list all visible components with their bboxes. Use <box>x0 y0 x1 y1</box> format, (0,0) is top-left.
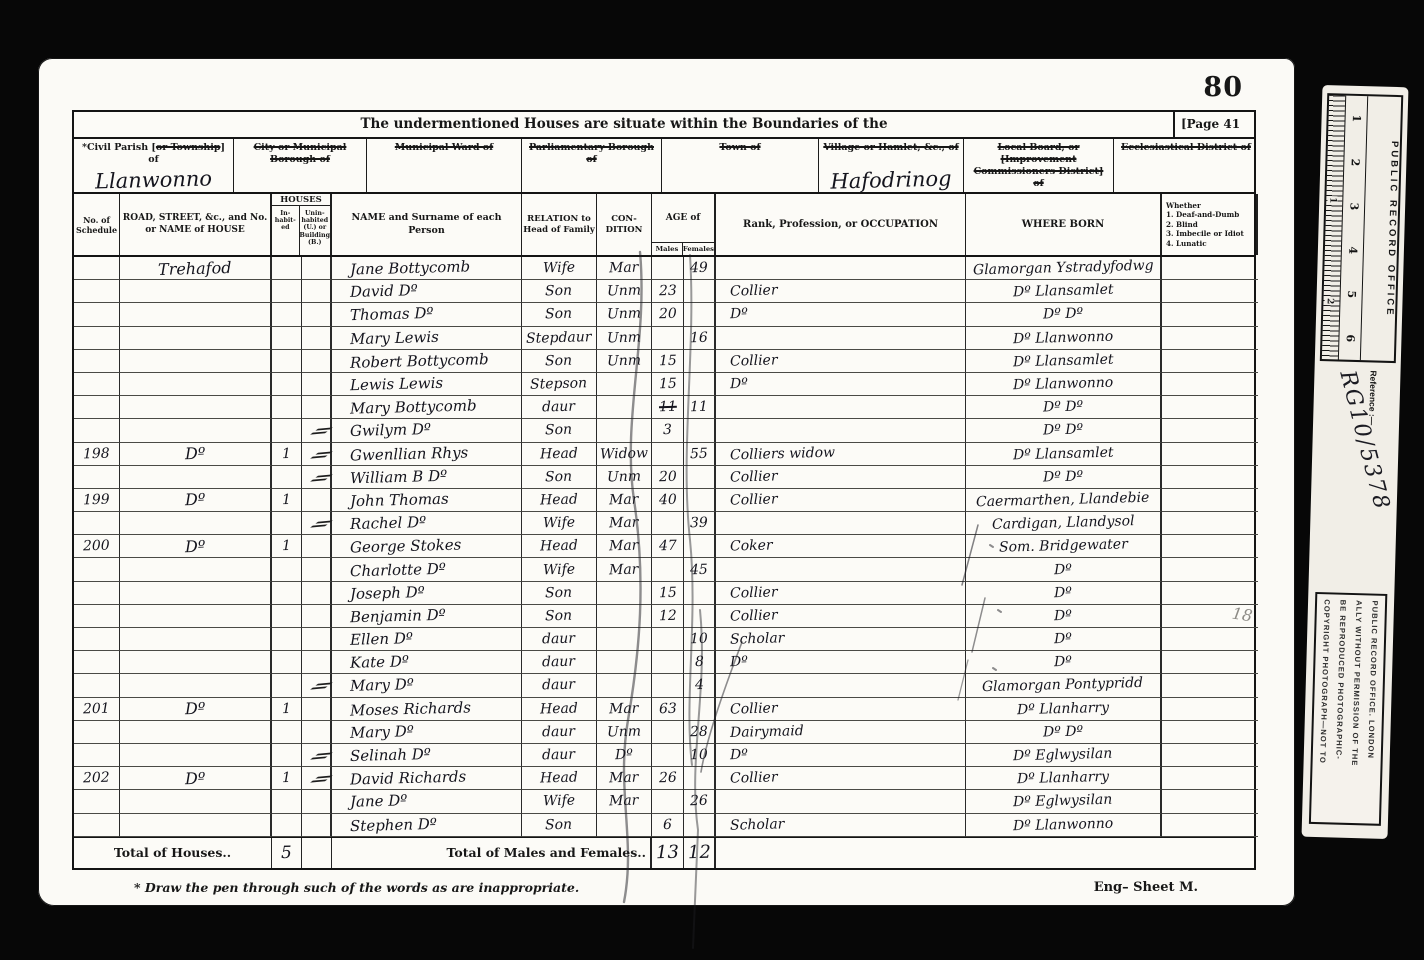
age-female-cell <box>684 605 716 628</box>
schedule-cell-text: 198 <box>83 445 110 462</box>
occupation-cell: Dº <box>716 373 966 396</box>
road-cell <box>120 605 272 628</box>
name-text: Mary Bottycomb <box>350 397 477 418</box>
age-male-cell <box>652 790 684 813</box>
name-cell: Ellen Dº <box>332 628 522 651</box>
disability-cell <box>1162 512 1258 535</box>
relation-cell-text: Wife <box>543 515 576 532</box>
inhabited-cell <box>272 744 302 767</box>
col-occupation: Rank, Profession, or OCCUPATION <box>716 194 966 255</box>
schedule-cell: 199 <box>74 489 120 512</box>
occupation-cell-text: Collier <box>730 700 778 717</box>
copyright-line: PUBLIC RECORD OFFICE. LONDON <box>1365 600 1380 818</box>
birthplace-cell-text: Dº Llanwonno <box>1013 375 1114 394</box>
totals-rest <box>716 838 1258 868</box>
occupation-cell-text: Dairymaid <box>730 723 804 741</box>
condition-cell-text: Mar <box>609 793 639 810</box>
schedule-cell <box>74 257 120 280</box>
relation-cell-text: Son <box>545 608 572 625</box>
road-cell: Dº <box>120 443 272 466</box>
name-cell: Selinah Dº <box>332 744 522 767</box>
condition-cell: Mar <box>597 257 652 280</box>
name-text: Joseph Dº <box>350 583 425 603</box>
birthplace-cell: Dº Llanwonno <box>966 814 1162 837</box>
schedule-cell <box>74 280 120 303</box>
inhabited-cell-text: 1 <box>282 770 291 786</box>
disability-cell <box>1162 280 1258 303</box>
male-age-text: 26 <box>658 770 676 786</box>
name-text: Benjamin Dº <box>350 606 446 626</box>
occupation-cell <box>716 674 966 697</box>
disability-cell <box>1162 698 1258 721</box>
condition-cell-text: Unm <box>607 306 642 323</box>
road-cell <box>120 582 272 605</box>
uninhabited-cell <box>302 651 332 674</box>
col-females: Females <box>683 243 714 255</box>
district-label: *Civil Parish [or Township] of <box>78 142 229 166</box>
name-text: Ellen Dº <box>350 629 413 649</box>
occupation-cell: Collier <box>716 466 966 489</box>
relation-cell: Head <box>522 443 597 466</box>
relation-cell: Son <box>522 280 597 303</box>
age-male-cell <box>652 674 684 697</box>
uninhabited-cell <box>302 396 332 419</box>
inhabited-cell <box>272 280 302 303</box>
schedule-cell <box>74 721 120 744</box>
name-cell: David Dº <box>332 280 522 303</box>
occupation-cell: Coker <box>716 535 966 558</box>
occupation-cell-text: Collier <box>730 491 778 508</box>
name-cell: Jane Dº <box>332 790 522 813</box>
uninhabited-cell <box>302 605 332 628</box>
birthplace-cell: Dº Dº <box>966 396 1162 419</box>
condition-cell-text: Unm <box>607 329 642 346</box>
road-cell <box>120 350 272 373</box>
occupation-cell <box>716 512 966 535</box>
relation-cell-text: Head <box>540 491 578 508</box>
birthplace-cell-text: Dº Dº <box>1043 468 1083 485</box>
schedule-cell <box>74 396 120 419</box>
inhabited-cell: 1 <box>272 767 302 790</box>
disability-cell <box>1162 419 1258 442</box>
schedule-cell: 201 <box>74 698 120 721</box>
disability-cell <box>1162 327 1258 350</box>
total-males-value: 13 <box>652 838 684 868</box>
condition-cell: Mar <box>597 535 652 558</box>
reference-area: Reference :— RG10/5378 <box>1309 361 1401 588</box>
name-text: Robert Bottycomb <box>350 350 489 372</box>
inhabited-cell <box>272 396 302 419</box>
inhabited-cell <box>272 466 302 489</box>
road-cell <box>120 790 272 813</box>
relation-cell-text: Stepdaur <box>526 329 592 347</box>
disability-cell <box>1162 582 1258 605</box>
occupation-cell: Collier <box>716 698 966 721</box>
relation-cell: Wife <box>522 558 597 581</box>
footnote: * Draw the pen through such of the words… <box>72 880 579 895</box>
inhabited-cell-text: 1 <box>282 538 291 554</box>
birthplace-cell: Dº Eglwysilan <box>966 790 1162 813</box>
name-text: Jane Bottycomb <box>350 258 471 279</box>
name-cell: Mary Lewis <box>332 327 522 350</box>
name-text: Rachel Dº <box>350 513 427 533</box>
relation-cell: daur <box>522 674 597 697</box>
birthplace-cell: Dº <box>966 582 1162 605</box>
relation-cell-text: Head <box>540 700 578 717</box>
road-cell <box>120 327 272 350</box>
inhabited-cell: 1 <box>272 443 302 466</box>
relation-cell: Head <box>522 489 597 512</box>
birthplace-cell: Dº <box>966 558 1162 581</box>
birthplace-cell: Dº Dº <box>966 419 1162 442</box>
age-female-cell-text: 39 <box>690 515 708 531</box>
name-cell: Lewis Lewis <box>332 373 522 396</box>
condition-cell: Dº <box>597 744 652 767</box>
condition-cell-text: Mar <box>609 492 639 509</box>
occupation-cell <box>716 257 966 280</box>
age-male-cell: 12 <box>652 605 684 628</box>
occupation-cell <box>716 790 966 813</box>
male-age-text: 12 <box>658 608 676 624</box>
district-cell-4: Town of <box>662 139 819 192</box>
uninhabited-cell <box>302 698 332 721</box>
age-male-cell: 26 <box>652 767 684 790</box>
name-cell: Robert Bottycomb <box>332 350 522 373</box>
name-text: Mary Lewis <box>350 327 439 347</box>
male-age-text: 40 <box>658 492 676 508</box>
age-male-cell: 23 <box>652 280 684 303</box>
copyright-stamp: COPYRIGHT PHOTOGRAPH—NOT TOBE REPRODUCED… <box>1309 592 1387 826</box>
age-male-cell <box>652 257 684 280</box>
condition-cell-text: Mar <box>609 515 639 532</box>
disability-cell <box>1162 790 1258 813</box>
schedule-cell <box>74 814 120 837</box>
occupation-cell-text: Dº <box>730 306 748 322</box>
occupation-cell: Collier <box>716 350 966 373</box>
uninhabited-cell <box>302 582 332 605</box>
age-male-cell <box>652 443 684 466</box>
name-cell: Mary Dº <box>332 674 522 697</box>
disability-cell <box>1162 674 1258 697</box>
name-text: William B Dº <box>350 467 448 488</box>
col-road: ROAD, STREET, &c., and No. or NAME of HO… <box>120 194 272 255</box>
birthplace-cell: Caermarthen, Llandebie <box>966 489 1162 512</box>
inhabited-cell: 1 <box>272 489 302 512</box>
condition-cell-text: Unm <box>607 283 642 300</box>
schedule-cell <box>74 373 120 396</box>
birthplace-cell: Glamorgan Pontypridd <box>966 674 1162 697</box>
schedule-cell <box>74 582 120 605</box>
age-female-cell <box>684 535 716 558</box>
disability-cell <box>1162 767 1258 790</box>
age-male-cell <box>652 558 684 581</box>
col-condition: CON-DITION <box>597 194 652 255</box>
birthplace-cell-text: Dº Dº <box>1043 306 1083 323</box>
inhabited-cell-text: 1 <box>282 701 291 717</box>
male-age-text: 11 <box>658 399 676 415</box>
relation-cell-text: Son <box>545 422 572 439</box>
occupation-cell: Scholar <box>716 814 966 837</box>
birthplace-cell: Som. Bridgewater <box>966 535 1162 558</box>
age-female-cell-text: 10 <box>690 631 708 647</box>
uninhabited-cell <box>302 489 332 512</box>
name-cell: John Thomas <box>332 489 522 512</box>
name-text: David Dº <box>350 281 418 301</box>
birthplace-cell-text: Dº Dº <box>1043 399 1083 416</box>
road-cell-text: Dº <box>185 768 206 788</box>
disability-cell <box>1162 628 1258 651</box>
name-text: David Richards <box>350 768 467 789</box>
birthplace-cell: Dº Dº <box>966 303 1162 326</box>
condition-cell: Unm <box>597 327 652 350</box>
age-female-cell-text: 4 <box>694 677 703 693</box>
road-cell <box>120 512 272 535</box>
age-female-cell: 4 <box>684 674 716 697</box>
relation-cell: Son <box>522 303 597 326</box>
birthplace-cell-text: Cardigan, Llandysol <box>992 513 1135 533</box>
district-label-part: *Civil Parish [ <box>82 142 156 153</box>
ruler-number: 2 <box>1348 158 1361 166</box>
col-relation: RELATION to Head of Family <box>522 194 597 255</box>
road-cell: Dº <box>120 767 272 790</box>
age-male-cell: 6 <box>652 814 684 837</box>
age-female-cell-text: 10 <box>690 747 708 763</box>
birthplace-cell: Dº Llansamlet <box>966 443 1162 466</box>
road-cell-text: Dº <box>185 537 206 557</box>
age-male-cell: 20 <box>652 303 684 326</box>
age-male-cell: 63 <box>652 698 684 721</box>
relation-cell: Head <box>522 767 597 790</box>
occupation-cell-text: Dº <box>730 654 748 670</box>
footer-line: * Draw the pen through such of the words… <box>72 880 1256 895</box>
birthplace-cell-text: Dº Eglwysilan <box>1013 746 1113 765</box>
road-cell <box>120 466 272 489</box>
pencil-note: 18 <box>1230 603 1253 625</box>
birthplace-cell-text: Dº Llanharry <box>1017 769 1109 787</box>
schedule-cell-text: 200 <box>83 538 110 555</box>
district-label: Village or Hamlet, &c., of <box>823 142 959 154</box>
occupation-cell-text: Collier <box>730 283 778 300</box>
condition-cell <box>597 605 652 628</box>
name-text: John Thomas <box>350 490 449 511</box>
disability-cell <box>1162 373 1258 396</box>
pro-office-label: PUBLIC RECORD OFFICE <box>1361 96 1401 361</box>
road-cell <box>120 303 272 326</box>
occupation-cell-text: Collier <box>730 607 778 624</box>
road-cell <box>120 396 272 419</box>
birthplace-cell: Dº Llanharry <box>966 698 1162 721</box>
relation-cell: Stepson <box>522 373 597 396</box>
occupation-cell: Dº <box>716 744 966 767</box>
schedule-cell: 200 <box>74 535 120 558</box>
condition-cell: Unm <box>597 350 652 373</box>
condition-cell <box>597 396 652 419</box>
inhabited-cell-text: 1 <box>282 445 291 461</box>
inhabited-cell <box>272 651 302 674</box>
col-inhabited: In-habit-ed <box>272 206 300 255</box>
age-male-cell: 15 <box>652 350 684 373</box>
occupation-cell: Scholar <box>716 628 966 651</box>
pro-reference-strip: 12 123456 PUBLIC RECORD OFFICE Reference… <box>1302 85 1409 839</box>
age-male-cell: 15 <box>652 373 684 396</box>
relation-cell-text: Son <box>545 816 572 833</box>
name-text: Thomas Dº <box>350 304 434 324</box>
disability-cell <box>1162 466 1258 489</box>
age-female-cell <box>684 350 716 373</box>
disability-cell <box>1162 350 1258 373</box>
birthplace-cell: Dº Dº <box>966 466 1162 489</box>
inhabited-cell <box>272 790 302 813</box>
total-females-value: 12 <box>684 838 716 868</box>
condition-cell-text: Mar <box>609 770 639 787</box>
age-male-cell: 3 <box>652 419 684 442</box>
condition-cell <box>597 674 652 697</box>
age-male-cell <box>652 512 684 535</box>
col-age: AGE of Males Females <box>652 194 716 255</box>
schedule-cell <box>74 512 120 535</box>
disability-cell <box>1162 558 1258 581</box>
relation-cell-text: daur <box>542 654 575 671</box>
road-cell <box>120 721 272 744</box>
birthplace-cell: Dº Eglwysilan <box>966 744 1162 767</box>
schedule-cell <box>74 744 120 767</box>
relation-cell: Son <box>522 466 597 489</box>
inhabited-cell <box>272 582 302 605</box>
occupation-cell-text: Dº <box>730 747 748 763</box>
age-male-cell: 11 <box>652 396 684 419</box>
schedule-cell <box>74 303 120 326</box>
uninhabited-cell <box>302 350 332 373</box>
column-header-row: No. of Schedule ROAD, STREET, &c., and N… <box>74 194 1254 257</box>
birthplace-cell: Dº <box>966 651 1162 674</box>
occupation-cell <box>716 327 966 350</box>
ruler-number: 3 <box>1347 202 1360 210</box>
district-cell-0: *Civil Parish [or Township] ofLlanwonno <box>74 139 234 192</box>
age-female-cell-text: 28 <box>690 724 708 740</box>
birthplace-cell-text: Dº Llansamlet <box>1013 444 1114 463</box>
name-cell: Rachel Dº <box>332 512 522 535</box>
occupation-cell <box>716 396 966 419</box>
road-cell <box>120 419 272 442</box>
occupation-cell: Dº <box>716 651 966 674</box>
disability-line: 4. Lunatic <box>1166 239 1207 248</box>
relation-cell: Son <box>522 605 597 628</box>
occupation-cell <box>716 558 966 581</box>
disability-line: Whether <box>1166 201 1201 210</box>
birthplace-cell: Cardigan, Llandysol <box>966 512 1162 535</box>
relation-cell: Son <box>522 350 597 373</box>
condition-cell-text: Mar <box>609 561 639 578</box>
birthplace-cell-text: Som. Bridgewater <box>998 537 1127 556</box>
inhabited-cell <box>272 512 302 535</box>
road-cell <box>120 558 272 581</box>
birthplace-cell-text: Dº <box>1054 631 1072 647</box>
inhabited-cell <box>272 674 302 697</box>
name-cell: William B Dº <box>332 466 522 489</box>
condition-cell: Mar <box>597 790 652 813</box>
district-label: City or Municipal Borough of <box>238 142 362 166</box>
schedule-cell <box>74 674 120 697</box>
schedule-cell <box>74 558 120 581</box>
road-cell <box>120 674 272 697</box>
sheet-label: Eng– Sheet M. <box>1094 880 1256 895</box>
condition-cell: Widow <box>597 443 652 466</box>
schedule-cell-text: 201 <box>83 700 110 717</box>
age-female-cell <box>684 373 716 396</box>
condition-cell: Mar <box>597 512 652 535</box>
disability-cell <box>1162 257 1258 280</box>
age-female-cell <box>684 767 716 790</box>
condition-cell-text: Widow <box>600 445 648 462</box>
birthplace-cell: Dº Llanharry <box>966 767 1162 790</box>
occupation-cell-text: Collier <box>730 584 778 601</box>
name-text: George Stokes <box>350 536 462 557</box>
col-disability: Whether1. Deaf-and-Dumb2. Blind3. Imbeci… <box>1162 194 1258 255</box>
relation-cell-text: daur <box>542 723 575 740</box>
relation-cell: Wife <box>522 790 597 813</box>
ruler-number: 6 <box>1343 334 1356 342</box>
census-table: The undermentioned Houses are situate wi… <box>72 110 1256 870</box>
district-label: Ecclesiastical District of <box>1118 142 1254 154</box>
road-cell <box>120 651 272 674</box>
age-female-cell <box>684 489 716 512</box>
col-age-label: AGE of <box>652 194 714 242</box>
col-schedule: No. of Schedule <box>74 194 120 255</box>
road-cell-text: Trehafod <box>158 258 232 279</box>
schedule-cell: 202 <box>74 767 120 790</box>
inch-number: 2 <box>1325 297 1335 306</box>
age-female-cell <box>684 419 716 442</box>
inhabited-cell <box>272 373 302 396</box>
relation-cell-text: daur <box>542 631 575 648</box>
birthplace-cell-text: Dº Llansamlet <box>1013 352 1114 371</box>
relation-cell: Wife <box>522 257 597 280</box>
name-cell: Mary Bottycomb <box>332 396 522 419</box>
relation-cell: Head <box>522 535 597 558</box>
relation-cell-text: Son <box>545 306 572 323</box>
folio-number: 80 <box>1203 72 1243 103</box>
birthplace-cell-text: Dº Dº <box>1043 723 1083 740</box>
age-female-cell <box>684 466 716 489</box>
schedule-cell-text: 199 <box>83 492 110 509</box>
age-female-cell <box>684 814 716 837</box>
occupation-cell <box>716 419 966 442</box>
road-cell: Dº <box>120 698 272 721</box>
birthplace-cell-text: Dº <box>1054 654 1072 670</box>
district-cell-1: City or Municipal Borough of <box>234 139 367 192</box>
relation-cell-text: daur <box>542 677 575 694</box>
district-cell-5: Village or Hamlet, &c., ofHafodrinog <box>819 139 964 192</box>
age-female-cell <box>684 280 716 303</box>
age-female-cell: 8 <box>684 651 716 674</box>
age-male-cell <box>652 744 684 767</box>
name-text: Gwenllian Rhys <box>350 443 469 464</box>
district-cell-7: Ecclesiastical District of <box>1114 139 1258 192</box>
condition-cell: Mar <box>597 489 652 512</box>
age-female-cell: 16 <box>684 327 716 350</box>
condition-cell: Mar <box>597 767 652 790</box>
schedule-cell <box>74 350 120 373</box>
inhabited-cell <box>272 605 302 628</box>
uninhabited-cell <box>302 721 332 744</box>
age-female-cell <box>684 303 716 326</box>
birthplace-cell-text: Dº Dº <box>1043 422 1083 439</box>
table-title-band: The undermentioned Houses are situate wi… <box>74 112 1254 139</box>
relation-cell-text: Head <box>540 770 578 787</box>
relation-cell: Head <box>522 698 597 721</box>
relation-cell: Son <box>522 582 597 605</box>
occupation-cell: Collier <box>716 280 966 303</box>
